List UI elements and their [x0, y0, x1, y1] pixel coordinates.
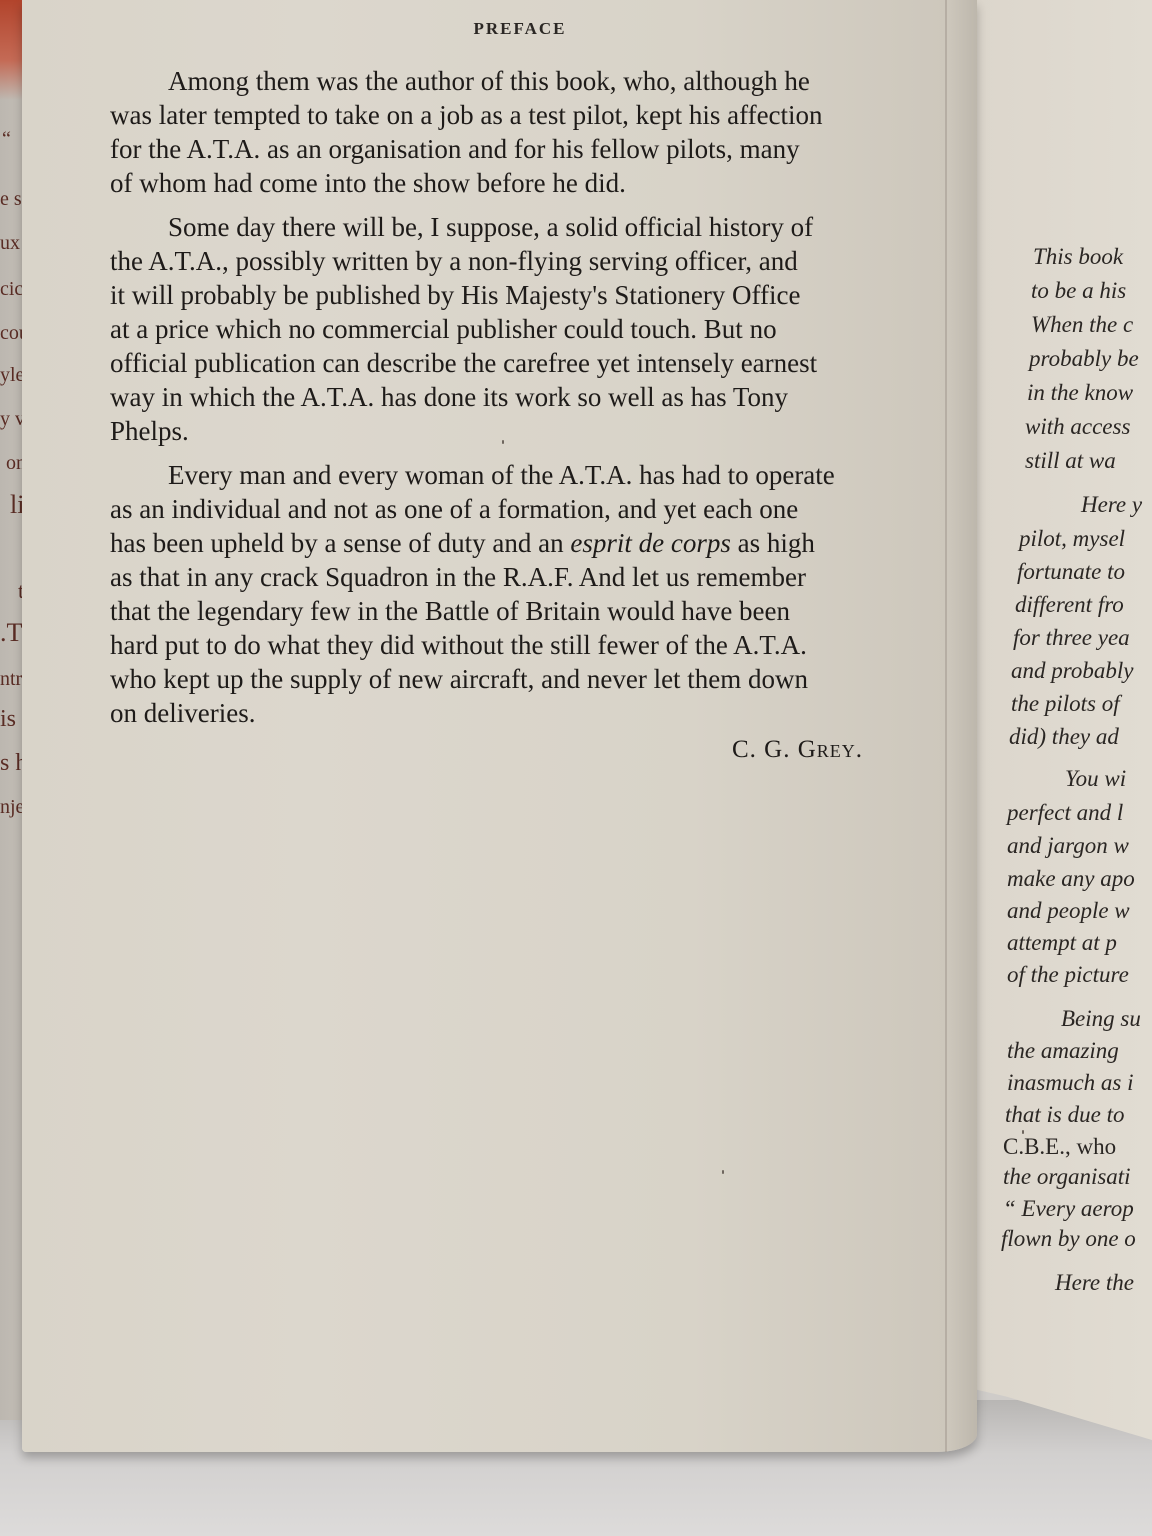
paragraph-1: Among them was the author of this book, …: [110, 64, 920, 200]
running-head: PREFACE: [0, 19, 1040, 39]
text-segment: has been upheld by a sense of duty and a…: [110, 528, 570, 558]
text-line: way in which the A.T.A. has done its wor…: [110, 380, 920, 414]
right-page-fragment: make any apo: [1007, 866, 1135, 892]
text-line: who kept up the supply of new aircraft, …: [110, 662, 920, 696]
right-page-fragment: in the know: [1027, 380, 1133, 406]
book-cover-edge: [0, 0, 22, 100]
paper-speck: [722, 1170, 724, 1174]
right-page-fragment: the organisati: [1003, 1164, 1131, 1190]
right-page-fragment: and people w: [1007, 898, 1130, 924]
text-line: on deliveries.: [110, 696, 920, 730]
right-page-fragment: Being su: [1061, 1006, 1141, 1032]
left-page-fragment: cic: [0, 278, 23, 301]
text-line: Among them was the author of this book, …: [110, 64, 920, 98]
right-page-fragment: probably be: [1029, 346, 1139, 372]
text-line: for the A.T.A. as an organisation and fo…: [110, 132, 920, 166]
right-page-fragment: to be a his: [1031, 278, 1126, 304]
right-page-fragment: for three yea: [1013, 625, 1130, 651]
text-line: it will probably be published by His Maj…: [110, 278, 920, 312]
text-line: Phelps.: [110, 414, 920, 448]
right-page-fragment: and probably: [1011, 658, 1133, 684]
right-page-fragment: did) they ad: [1009, 724, 1119, 750]
right-page-fragment: perfect and l: [1007, 800, 1123, 826]
text-line: as an individual and not as one of a for…: [110, 492, 920, 526]
right-page-fragment: of the picture: [1007, 962, 1129, 988]
right-page-fragment: pilot, mysel: [1019, 526, 1125, 552]
text-line: has been upheld by a sense of duty and a…: [110, 526, 920, 560]
left-page-fragment: e s: [0, 188, 22, 211]
right-page-fragment: inasmuch as i: [1007, 1070, 1134, 1096]
right-page-fragment: with access: [1025, 414, 1130, 440]
signature: C. G. Grey.: [732, 736, 863, 764]
paper-speck: [1022, 1130, 1024, 1134]
text-line: at a price which no commercial publisher…: [110, 312, 920, 346]
right-page-fragment: still at wa: [1025, 448, 1116, 474]
right-page-fragment: attempt at p: [1007, 930, 1117, 956]
text-line: hard put to do what they did without the…: [110, 628, 920, 662]
left-page-fragment: “: [2, 128, 11, 151]
text-line: that the legendary few in the Battle of …: [110, 594, 920, 628]
text-line: as that in any crack Squadron in the R.A…: [110, 560, 920, 594]
right-page-fragment: C.B.E., who: [1003, 1134, 1116, 1160]
left-page-fragment: yle: [0, 364, 24, 387]
body-text: Among them was the author of this book, …: [110, 64, 920, 740]
right-page-fragment: When the c: [1031, 312, 1133, 338]
right-page-fragment: that is due to: [1005, 1102, 1124, 1128]
right-page-fragment: Here y: [1081, 492, 1142, 518]
right-page-fragment: Here the: [1055, 1270, 1134, 1296]
paragraph-2: Some day there will be, I suppose, a sol…: [110, 210, 920, 448]
left-page-fragment: ux: [0, 232, 20, 255]
text-line: of whom had come into the show before he…: [110, 166, 920, 200]
right-page-fragment: This book: [1033, 244, 1123, 270]
text-line: Some day there will be, I suppose, a sol…: [110, 210, 920, 244]
text-line: was later tempted to take on a job as a …: [110, 98, 920, 132]
italic-phrase: esprit de corps: [570, 528, 730, 558]
paragraph-3: Every man and every woman of the A.T.A. …: [110, 458, 920, 730]
text-line: official publication can describe the ca…: [110, 346, 920, 380]
right-page-fragment: flown by one o: [1001, 1226, 1136, 1252]
right-page-fragment: the amazing: [1007, 1038, 1119, 1064]
right-page-fragment: and jargon w: [1007, 833, 1129, 859]
right-page-fragment: the pilots of: [1011, 691, 1120, 717]
page-fold-line: [945, 0, 947, 1452]
right-page-fragment: fortunate to: [1017, 559, 1125, 585]
text-line: Every man and every woman of the A.T.A. …: [110, 458, 920, 492]
text-line: the A.T.A., possibly written by a non-fl…: [110, 244, 920, 278]
right-page-fragment: “ Every aerop: [1003, 1196, 1134, 1222]
right-page-fragment: You wi: [1065, 766, 1126, 792]
right-page-fragment: different fro: [1015, 592, 1124, 618]
text-segment: as high: [731, 528, 815, 558]
